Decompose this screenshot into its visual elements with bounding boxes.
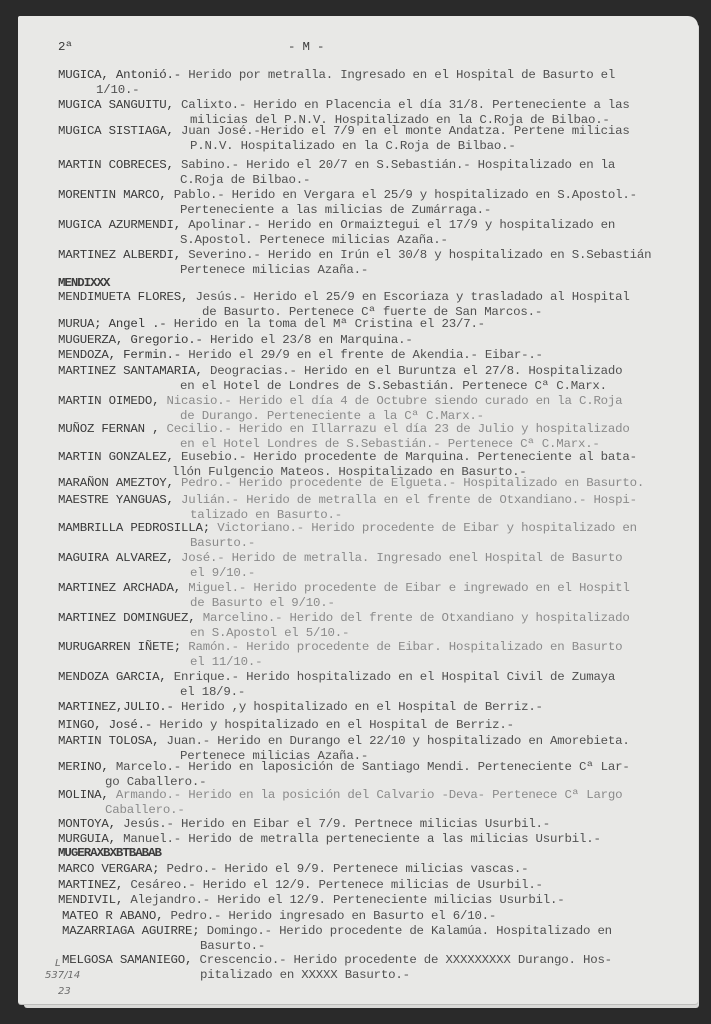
entry-description: Domingo.- Herido procedente de Kalamúa. … [199,924,611,938]
entry-line: MAZARRIAGA AGUIRRE; Domingo.- Herido pro… [62,924,612,938]
entry-line: MARTINEZ ALBERDI, Severino.- Herido en I… [58,248,651,262]
entry-name: MUGICA SISTIAGA, [58,124,174,138]
entry-name: MUGUERZA, Gregorio.- [58,333,203,347]
entry-name: MARTIN OIMEDO, [58,394,159,408]
entry-name: MENDOZA GARCIA, [58,670,167,684]
entry-line: MONTOYA, Jesús.- Herido en Eibar el 7/9.… [58,817,550,831]
entry-line: MARTINEZ ARCHADA, Miguel.- Herido proced… [58,581,630,595]
entry-line: MARAÑON AMEZTOY, Pedro.- Herido proceden… [58,476,644,490]
entry-name: MARTINEZ,JULIO.- [58,700,174,714]
struck-out-text: MENDIXXX [58,276,110,290]
entry-name: MUGICA AZURMENDI, [58,218,181,232]
entry-name: MURUGARREN IÑETE; [58,640,181,654]
entry-description: Herido en la toma del Mª Cristina el 23/… [167,317,485,331]
entry-line: MAMBRILLA PEDROSILLA; Victoriano.- Herid… [58,521,637,535]
entry-name: MAMBRILLA PEDROSILLA; [58,521,210,535]
entry-line: MOLINA, Armando.- Herido en la posición … [58,788,622,802]
entry-line: MARTIN GONZALEZ, Eusebio.- Herido proced… [58,450,637,464]
entry-continuation: Basurto.- [200,939,265,953]
entry-line: MUGUERZA, Gregorio.- Herido el 23/8 en M… [58,333,413,347]
entry-line: MELGOSA SAMANIEGO, Crescencio.- Herido p… [62,953,612,967]
entry-name: MARTINEZ ARCHADA, [58,581,181,595]
entry-line: MAESTRE YANGUAS, Julián.- Herido de metr… [58,493,637,507]
entry-line: MARTINEZ DOMINGUEZ, Marcelino.- Herido d… [58,611,630,625]
entry-name: MARCO VERGARA; [58,862,159,876]
entry-line: MARTIN OIMEDO, Nicasio.- Herido el día 4… [58,394,622,408]
entry-continuation: C.Roja de Bilbao.- [180,173,310,187]
entry-continuation: de Durango. Perteneciente a la Cª C.Marx… [180,409,484,423]
entry-line: MARCO VERGARA; Pedro.- Herido el 9/9. Pe… [58,862,528,876]
entry-description: Pedro.- Herido el 9/9. Pertenece milicia… [159,862,528,876]
entry-description: Jesús.- Herido en Eibar el 7/9. Pertnece… [116,817,550,831]
entry-continuation: talizado en Basurto.- [190,508,342,522]
entry-line: MUGICA SISTIAGA, Juan José.-Herido el 7/… [58,124,630,138]
entry-name: MARTINEZ DOMINGUEZ, [58,611,195,625]
handwritten-reference: 537/14 [45,970,80,981]
entry-name: MINGO, José.- [58,718,152,732]
entry-name: MENDOZA, Fermin.- [58,348,181,362]
entry-name: MAESTRE YANGUAS, [58,493,174,507]
entry-name: MARTINEZ ALBERDI, [58,248,181,262]
entry-continuation: en S.Apostol el 5/10.- [190,626,349,640]
entry-description: Sabino.- Herido el 20/7 en S.Sebastián.-… [174,158,615,172]
entry-line: MENDIVIL, Alejandro.- Herido el 12/9. Pe… [58,893,565,907]
entry-continuation: el 18/9.- [180,685,245,699]
entry-description: Severino.- Herido en Irún el 30/8 y hosp… [181,248,651,262]
entry-line: MENDIMUETA FLORES, Jesús.- Herido el 25/… [58,290,630,304]
entry-line: MORENTIN MARCO, Pablo.- Herido en Vergar… [58,188,637,202]
entry-name: MARTIN GONZALEZ, [58,450,174,464]
entry-description: Herido el 23/8 en Marquina.- [203,333,413,347]
entry-description: Calixto.- Herido en Placencia el día 31/… [174,98,630,112]
entry-description: Juan José.-Herido el 7/9 en el monte And… [174,124,630,138]
entry-continuation: de Basurto el 9/10.- [190,596,335,610]
entry-name: MELGOSA SAMANIEGO, [62,953,192,967]
entry-continuation: el 9/10.- [190,566,255,580]
entry-description: Ramón.- Herido procedente de Eibar. Hosp… [181,640,622,654]
entry-line: MARTIN TOLOSA, Juan.- Herido en Durango … [58,734,630,748]
entry-line: MUGICA AZURMENDI, Apolinar.- Herido en O… [58,218,615,232]
entry-name: MERINO, [58,760,109,774]
entry-description: Miguel.- Herido procedente de Eibar e in… [181,581,630,595]
entry-description: Herido y hospitalizado en el Hospital de… [152,718,514,732]
entry-continuation: Caballero.- [105,803,185,817]
handwritten-page-number: 23 [58,986,71,997]
entry-continuation: Pertenece milicias Azaña.- [180,263,368,277]
struck-out-text: MUGERAXBXBTBABAB [58,846,161,860]
entry-description: Deogracias.- Herido en el Buruntza el 27… [203,364,623,378]
entry-description: Eusebio.- Herido procedente de Marquina.… [174,450,637,464]
entry-line: MARTINEZ SANTAMARIA, Deogracias.- Herido… [58,364,622,378]
entry-description: Victoriano.- Herido procedente de Eibar … [210,521,637,535]
entry-line: MARTIN COBRECES, Sabino.- Herido el 20/7… [58,158,615,172]
entry-description: Juan.- Herido en Durango el 22/10 y hosp… [159,734,629,748]
entry-description: Enrique.- Herido hospitalizado en el Hos… [167,670,616,684]
entry-line: MAGUIRA ALVAREZ, José.- Herido de metral… [58,551,622,565]
entry-name: MUÑOZ FERNAN , [58,422,159,436]
entry-line: MERINO, Marcelo.- Herido en laposición d… [58,760,630,774]
entry-name: MARTIN COBRECES, [58,158,174,172]
entry-description: Marcelo.- Herido en laposición de Santia… [109,760,630,774]
entry-name: MONTOYA, [58,817,116,831]
entry-line: MINGO, José.- Herido y hospitalizado en … [58,718,514,732]
entry-description: Manuel.- Herido de metralla pertenecient… [116,832,601,846]
entry-description: Jesús.- Herido el 25/9 en Escoriaza y tr… [188,290,629,304]
entry-line: MARTINEZ, Cesáreo.- Herido el 12/9. Pert… [58,878,543,892]
entry-description: Cecilio.- Herido en Illarrazu el día 23 … [159,422,629,436]
entry-description: Nicasio.- Herido el día 4 de Octubre sie… [159,394,622,408]
entry-line: MATEO R ABANO, Pedro.- Herido ingresado … [62,909,496,923]
entry-description: Crescencio.- Herido procedente de XXXXXX… [192,953,612,967]
entry-line: MENDOZA, Fermin.- Herido el 29/9 en el f… [58,348,543,362]
entry-line: MARTINEZ,JULIO.- Herido ,y hospitalizado… [58,700,543,714]
entry-line: MUGICA, Antonió.- Herido por metralla. I… [58,68,615,82]
entry-name: MUGICA, Antonió.- [58,68,181,82]
entry-name: MAGUIRA ALVAREZ, [58,551,174,565]
entry-name: MARTINEZ SANTAMARIA, [58,364,203,378]
entry-name: MARAÑON AMEZTOY, [58,476,174,490]
handwritten-mark: L [55,958,61,969]
entry-name: MARTIN TOLOSA, [58,734,159,748]
entry-line: MURGUIA, Manuel.- Herido de metralla per… [58,832,601,846]
entry-description: Alejandro.- Herido el 12/9. Pertenecient… [123,893,564,907]
entry-continuation: go Caballero.- [105,775,206,789]
entry-continuation: en el Hotel de Londres de S.Sebastián. P… [180,379,607,393]
entry-name: MUGICA SANGUITU, [58,98,174,112]
entry-name: MURGUIA, [58,832,116,846]
entry-continuation: Perteneciente a las milicias de Zumárrag… [180,203,491,217]
entry-line: MUÑOZ FERNAN , Cecilio.- Herido en Illar… [58,422,630,436]
entry-description: Pablo.- Herido en Vergara el 25/9 y hosp… [167,188,637,202]
entry-description: José.- Herido de metralla. Ingresado ene… [174,551,623,565]
entry-line: MURUGARREN IÑETE; Ramón.- Herido procede… [58,640,622,654]
entry-continuation: el 11/10.- [190,655,262,669]
entry-description: Cesáreo.- Herido el 12/9. Pertenece mili… [123,878,543,892]
entry-line: MENDOZA GARCIA, Enrique.- Herido hospita… [58,670,615,684]
entry-description: Pedro.- Herido procedente de Elgueta.- H… [174,476,644,490]
entry-description: Armando.- Herido en la posición del Calv… [109,788,623,802]
entry-description: Herido por metralla. Ingresado en el Hos… [181,68,615,82]
entry-name: MURUA; Angel .- [58,317,167,331]
entry-name: MATEO R ABANO, [62,909,163,923]
entry-continuation: Basurto.- [190,536,255,550]
entry-name: MORENTIN MARCO, [58,188,167,202]
entry-continuation: en el Hotel Londres de S.Sebastián.- Per… [180,437,600,451]
entry-description: Herido el 29/9 en el frente de Akendia.-… [181,348,543,362]
entry-description: Herido ,y hospitalizado en el Hospital d… [174,700,543,714]
entry-name: MAZARRIAGA AGUIRRE; [62,924,199,938]
entry-line: MURUA; Angel .- Herido en la toma del Mª… [58,317,485,331]
entry-name: MARTINEZ, [58,878,123,892]
entry-description: Julián.- Herido de metralla en el frente… [174,493,637,507]
entry-continuation: P.N.V. Hospitalizado en la C.Roja de Bil… [190,139,516,153]
page-number: 2ª [58,40,72,54]
entry-description: Pedro.- Herido ingresado en Basurto el 6… [163,909,496,923]
letter-heading: - M - [288,40,324,54]
entry-name: MOLINA, [58,788,109,802]
entry-name: MENDIVIL, [58,893,123,907]
entry-continuation: S.Apostol. Pertenece milicias Azaña.- [180,233,448,247]
entry-continuation: pitalizado en XXXXX Basurto.- [200,968,410,982]
entry-continuation: 1/10.- [96,83,139,97]
entry-description: Marcelino.- Herido del frente de Otxandi… [195,611,629,625]
entry-description: Apolinar.- Herido en Ormaiztegui el 17/9… [181,218,615,232]
entry-line: MUGICA SANGUITU, Calixto.- Herido en Pla… [58,98,630,112]
entry-name: MENDIMUETA FLORES, [58,290,188,304]
